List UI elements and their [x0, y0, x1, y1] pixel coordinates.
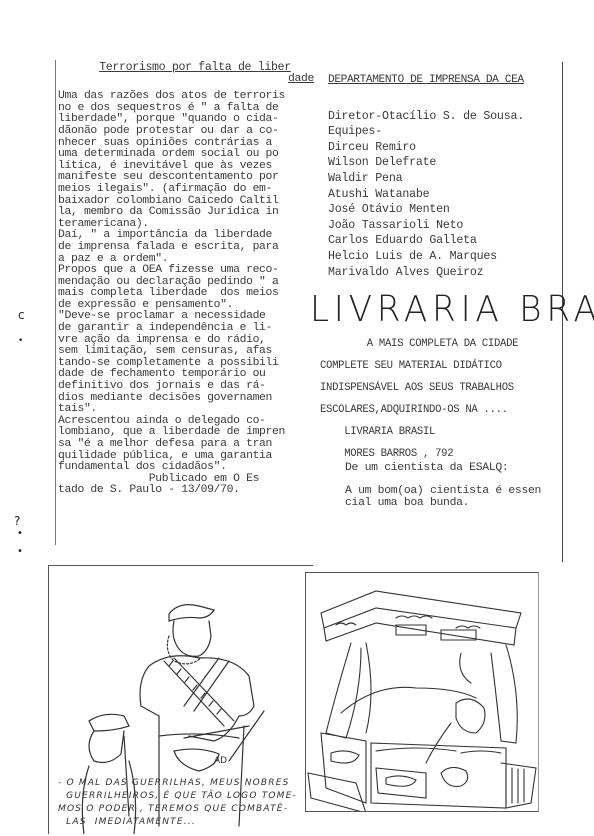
margin-mark: ?	[14, 514, 20, 528]
cartoon-caption: - O MAL DAS GUERRILHAS, MEUS NOBRES GUER…	[58, 777, 258, 829]
margin-mark: •	[17, 546, 23, 557]
article-line: de garantir a independência e li-	[58, 323, 318, 335]
quote-text: A um bom(oa) cientista é essencial uma b…	[345, 486, 565, 510]
article-column: Terrorismo por falta de liber dade Uma d…	[58, 62, 318, 497]
ad-line: INDISPENSÁVEL AOS SEUS TRABALHOS	[320, 377, 565, 399]
left-margin-rule	[55, 60, 56, 545]
staff-member: Helcio Luis de A. Marques	[328, 249, 564, 265]
bookstore-logo: LIVRARIA BRASIL	[310, 289, 552, 331]
bed-cartoon	[305, 572, 539, 812]
article-line: de imprensa falada e escrita, para	[58, 242, 318, 254]
article-line: dios mediante decisões governamen	[58, 393, 318, 405]
bookstore-advertisement: A MAIS COMPLETA DA CIDADECOMPLETE SEU MA…	[320, 333, 565, 465]
article-title-continuation: dade	[58, 74, 318, 86]
article-line: sa "é a melhor defesa para a tran	[58, 439, 318, 451]
caption-line: MOS O PODER , TEREMOS QUE COMBATÊ-	[58, 803, 258, 816]
quote-line: A um bom(oa) cientista é essen	[345, 486, 565, 498]
margin-mark: c	[18, 308, 25, 322]
staff-member: Diretor-Otacílio S. de Sousa.	[328, 109, 564, 125]
caption-line: LAS IMEDIATAMENTE...	[58, 816, 258, 829]
scientist-quote: De um cientista da ESALQ: A um bom(oa) c…	[345, 463, 565, 509]
article-line: meios ilegais". (afirmação do em-	[58, 184, 318, 196]
staff-member: Equipes-	[328, 124, 564, 140]
ad-line: ESCOLARES,ADQUIRINDO-OS NA ....	[320, 399, 565, 421]
caption-line: GUERRILHEIROS, É QUE TÃO LOGO TOME-	[58, 790, 258, 803]
staff-member: Marivaldo Alves Queiroz	[328, 265, 564, 281]
staff-member: Dirceu Remiro	[328, 140, 564, 156]
quote-source: De um cientista da ESALQ:	[345, 463, 565, 475]
staff-member: João Tassarioli Neto	[328, 218, 564, 234]
ad-line: A MAIS COMPLETA DA CIDADE	[320, 333, 565, 355]
article-line: Propos que a OEA fizesse uma reco-	[58, 265, 318, 277]
ad-line: LIVRARIA BRASIL	[320, 421, 565, 443]
article-line: tado de S. Paulo - 13/09/70.	[58, 485, 318, 497]
article-body: Uma das razões dos atos de terrorisno e …	[58, 91, 318, 497]
caption-line: - O MAL DAS GUERRILHAS, MEUS NOBRES	[58, 777, 258, 790]
quote-line: cial uma boa bunda.	[345, 498, 565, 510]
article-line: definitivo dos jornais e das rá-	[58, 381, 318, 393]
article-title: Terrorismo por falta de liber	[72, 62, 318, 74]
department-heading: DEPARTAMENTO DE IMPRENSA DA CEA	[328, 73, 564, 89]
staff-member: José Otávio Menten	[328, 202, 564, 218]
four-poster-bed-drawing-icon	[306, 573, 538, 811]
ad-line: COMPLETE SEU MATERIAL DIDÁTICO	[320, 355, 565, 377]
staff-member: Atushi Watanabe	[328, 187, 564, 203]
staff-member: Waldir Pena	[328, 171, 564, 187]
staff-list: Diretor-Otacílio S. de Sousa.Equipes-Dir…	[328, 109, 564, 281]
margin-mark: •	[17, 528, 23, 539]
article-line: uma determinada ordem social ou po	[58, 149, 318, 161]
department-block: DEPARTAMENTO DE IMPRENSA DA CEA Diretor-…	[328, 73, 564, 280]
cartoon-signature: AD	[214, 756, 227, 766]
article-line: dãonão pode protestar ou dar a co-	[58, 126, 318, 138]
article-line: la, membro da Comissão Jurídica in	[58, 207, 318, 219]
staff-member: Carlos Eduardo Galleta	[328, 233, 564, 249]
staff-member: Wilson Delefrate	[328, 155, 564, 171]
margin-mark: •	[18, 336, 23, 346]
